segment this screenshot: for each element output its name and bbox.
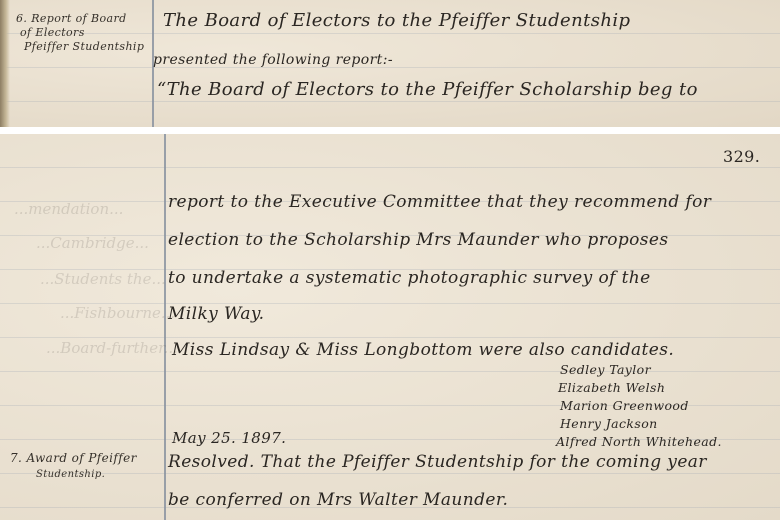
- manuscript-strip-top: 6. Report of Board of Electors Pfeiffer …: [0, 0, 780, 127]
- signatory: Sedley Taylor: [560, 362, 651, 377]
- signatory: Alfred North Whitehead.: [556, 434, 722, 449]
- body-line: report to the Executive Committee that t…: [168, 192, 711, 212]
- bleed-through-text: ...Cambridge...: [36, 234, 149, 252]
- bleed-through-text: ...Students the...: [40, 270, 166, 288]
- manuscript-strip-bottom: ...mendation... ...Cambridge... ...Stude…: [0, 134, 780, 520]
- margin-note-line: of Electors: [20, 26, 85, 39]
- body-line: to undertake a systematic photographic s…: [168, 268, 651, 288]
- bleed-through-text: ...mendation...: [14, 200, 123, 218]
- signatory: Elizabeth Welsh: [558, 380, 665, 395]
- bleed-through-text: ...Board-further...: [46, 339, 178, 357]
- margin-rule: [164, 134, 166, 520]
- signatory: Marion Greenwood: [560, 398, 689, 413]
- margin-note-line: Pfeiffer Studentship: [24, 40, 144, 53]
- entry-date: May 25. 1897.: [172, 428, 286, 448]
- margin-note-line: Studentship.: [36, 468, 105, 481]
- resolution-line: Resolved. That the Pfeiffer Studentship …: [168, 452, 707, 472]
- resolution-line: be conferred on Mrs Walter Maunder.: [168, 490, 508, 510]
- body-line: Miss Lindsay & Miss Longbottom were also…: [172, 340, 674, 360]
- body-line: election to the Scholarship Mrs Maunder …: [168, 230, 668, 250]
- body-line: presented the following report:-: [153, 50, 393, 70]
- bleed-through-text: ...Fishbourne...: [60, 304, 175, 322]
- page-number: 329.: [723, 147, 760, 166]
- margin-note-line: 6. Report of Board: [16, 12, 127, 25]
- body-line: The Board of Electors to the Pfeiffer St…: [163, 11, 630, 31]
- body-line: “The Board of Electors to the Pfeiffer S…: [157, 80, 698, 100]
- book-binding-shadow: [0, 0, 10, 127]
- margin-note-line: 7. Award of Pfeiffer: [10, 452, 137, 465]
- body-line: Milky Way.: [168, 304, 264, 324]
- signatory: Henry Jackson: [560, 416, 658, 431]
